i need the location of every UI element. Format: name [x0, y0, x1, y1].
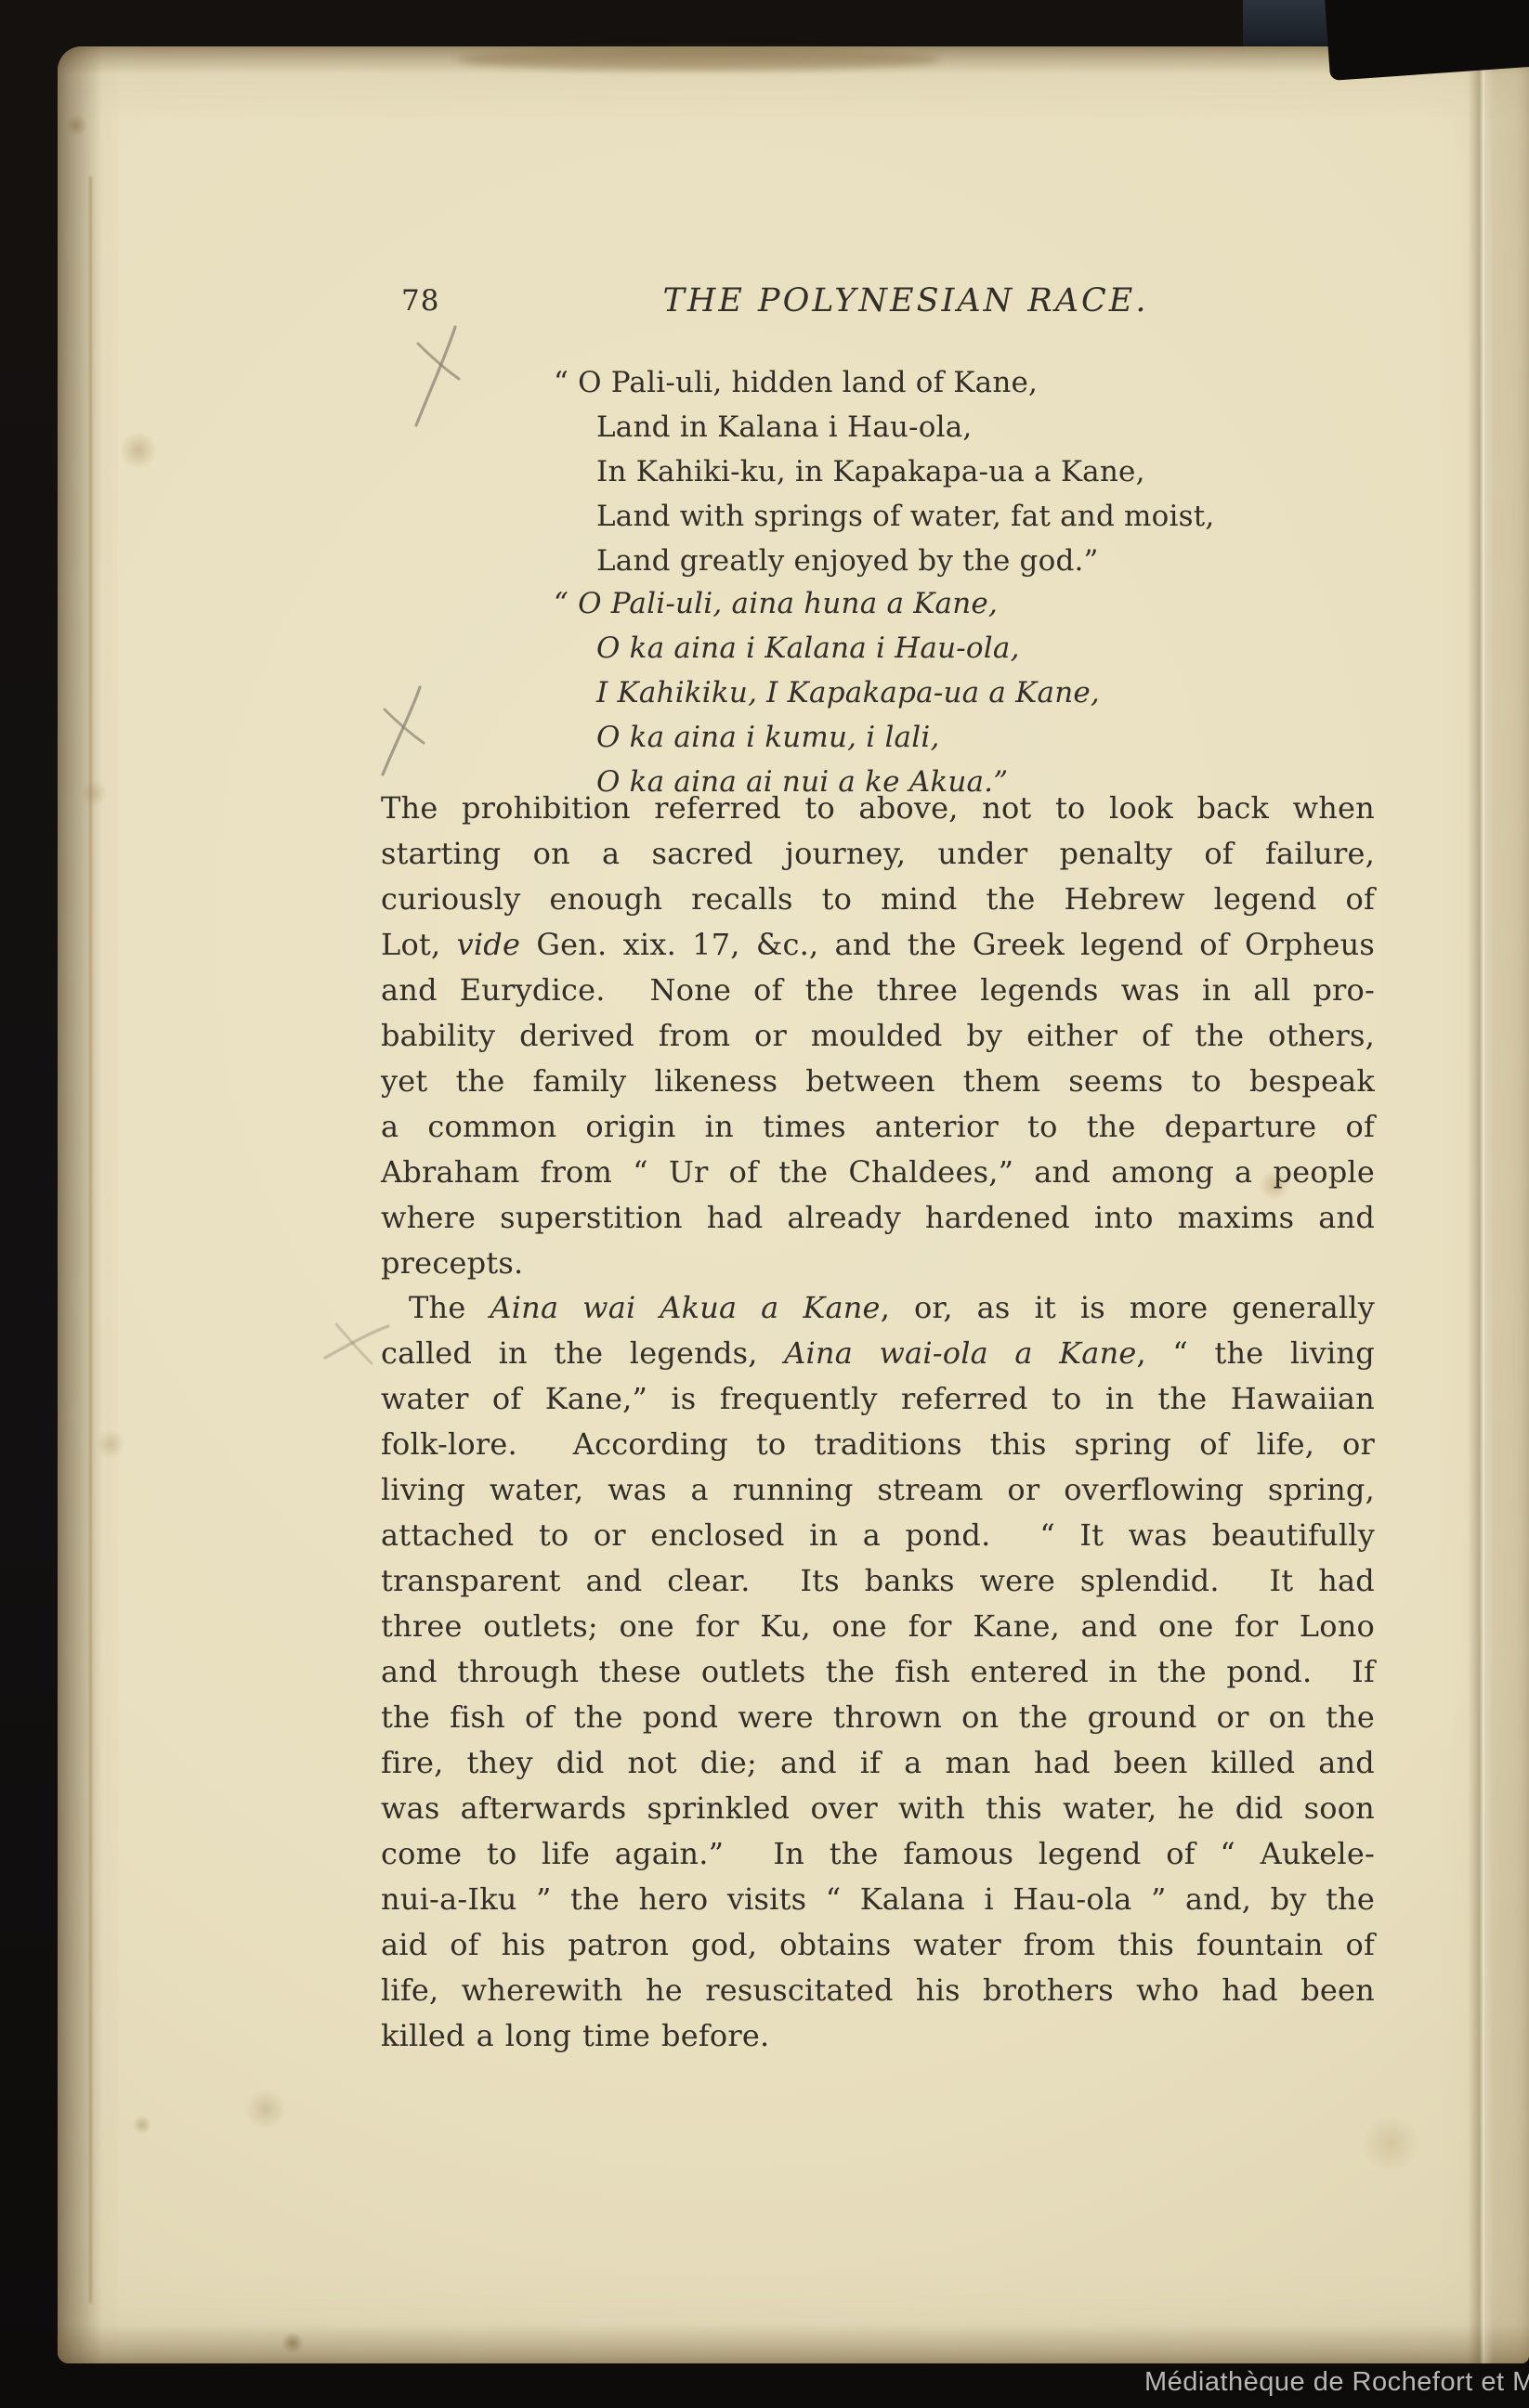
text-line: O ka aina i kumu, i lali, [554, 715, 1100, 760]
foxing-spot [243, 2089, 288, 2128]
text-line: curiously enough recalls to mind the Heb… [381, 877, 1375, 922]
text-line: was afterwards sprinkled over with this … [381, 1786, 1375, 1831]
text-line: Land in Kalana i Hau-ola, [554, 405, 1214, 449]
text-line: fire, they did not die; and if a man had… [381, 1740, 1375, 1786]
text-line: nui-a-Iku ” the hero visits “ Kalana i H… [381, 1877, 1375, 1922]
pencil-x-mark [409, 321, 466, 431]
text-line: folk-lore. According to traditions this … [381, 1422, 1375, 1467]
text-line: Lot, vide Gen. xix. 17, &c., and the Gre… [381, 922, 1375, 968]
text-line: and Eurydice. None of the three legends … [381, 968, 1375, 1013]
text-line: “ O Pali-uli, hidden land of Kane, [554, 360, 1214, 405]
running-title: THE POLYNESIAN RACE. [381, 282, 1375, 319]
paragraph: The Aina wai Akua a Kane, or, as it is m… [381, 1285, 1375, 2059]
paragraph: The prohibition referred to above, not t… [381, 786, 1375, 1286]
foxing-spot [1358, 2117, 1423, 2169]
text-line: killed a long time before. [381, 2013, 1375, 2059]
page-top-edge-stain [457, 48, 940, 71]
foxing-spot [132, 2115, 152, 2134]
text-line: The prohibition referred to above, not t… [381, 786, 1375, 831]
pencil-x-mark [320, 1317, 394, 1371]
verse-block-english: “ O Pali-uli, hidden land of Kane,Land i… [554, 360, 1214, 583]
text-line: transparent and clear. Its banks were sp… [381, 1558, 1375, 1604]
book-scan-photo: 78 THE POLYNESIAN RACE. “ O Pali-uli, hi… [0, 0, 1529, 2408]
text-line: Land with springs of water, fat and mois… [554, 494, 1214, 539]
page-corner-shadow [1323, 0, 1529, 81]
text-line: “ O Pali-uli, aina huna a Kane, [554, 581, 1100, 626]
text-line: a common origin in times anterior to the… [381, 1104, 1375, 1150]
text-line: and through these outlets the fish enter… [381, 1649, 1375, 1695]
text-line: the fish of the pond were thrown on the … [381, 1695, 1375, 1740]
book-page: 78 THE POLYNESIAN RACE. “ O Pali-uli, hi… [58, 46, 1529, 2363]
page-deckle-crease [89, 176, 92, 2303]
text-line: Abraham from “ Ur of the Chaldees,” and … [381, 1150, 1375, 1195]
text-line: O ka aina i Kalana i Hau-ola, [554, 626, 1100, 670]
text-line: living water, was a running stream or ov… [381, 1467, 1375, 1513]
text-line: yet the family likeness between them see… [381, 1059, 1375, 1104]
text-line: Land greatly enjoyed by the god.” [554, 539, 1214, 583]
text-line: In Kahiki-ku, in Kapakapa-ua a Kane, [554, 449, 1214, 494]
text-line: attached to or enclosed in a pond. “ It … [381, 1513, 1375, 1558]
foxing-spot [119, 432, 158, 469]
text-line: I Kahikiku, I Kapakapa-ua a Kane, [554, 670, 1100, 715]
page-left-edge [58, 46, 102, 2363]
pencil-x-mark [377, 682, 431, 778]
text-line: come to life again.” In the famous legen… [381, 1831, 1375, 1877]
verse-block-hawaiian: “ O Pali-uli, aina huna a Kane,O ka aina… [554, 581, 1100, 804]
text-line: life, wherewith he resuscitated his brot… [381, 1968, 1375, 2013]
text-line: three outlets; one for Ku, one for Kane,… [381, 1604, 1375, 1649]
text-line: The Aina wai Akua a Kane, or, as it is m… [381, 1285, 1375, 1331]
text-line: where superstition had already hardened … [381, 1195, 1375, 1241]
text-line: water of Kane,” is frequently referred t… [381, 1376, 1375, 1422]
underlying-page-edge [1484, 46, 1529, 2363]
text-line: bability derived from or moulded by eith… [381, 1013, 1375, 1059]
text-line: called in the legends, Aina wai-ola a Ka… [381, 1331, 1375, 1376]
page-bottom-edge [58, 2324, 1529, 2363]
text-line: aid of his patron god, obtains water fro… [381, 1922, 1375, 1968]
text-line: precepts. [381, 1241, 1375, 1286]
watermark-label: Médiathèque de Rochefort et MAP [1144, 2367, 1525, 2398]
text-line: starting on a sacred journey, under pena… [381, 831, 1375, 877]
